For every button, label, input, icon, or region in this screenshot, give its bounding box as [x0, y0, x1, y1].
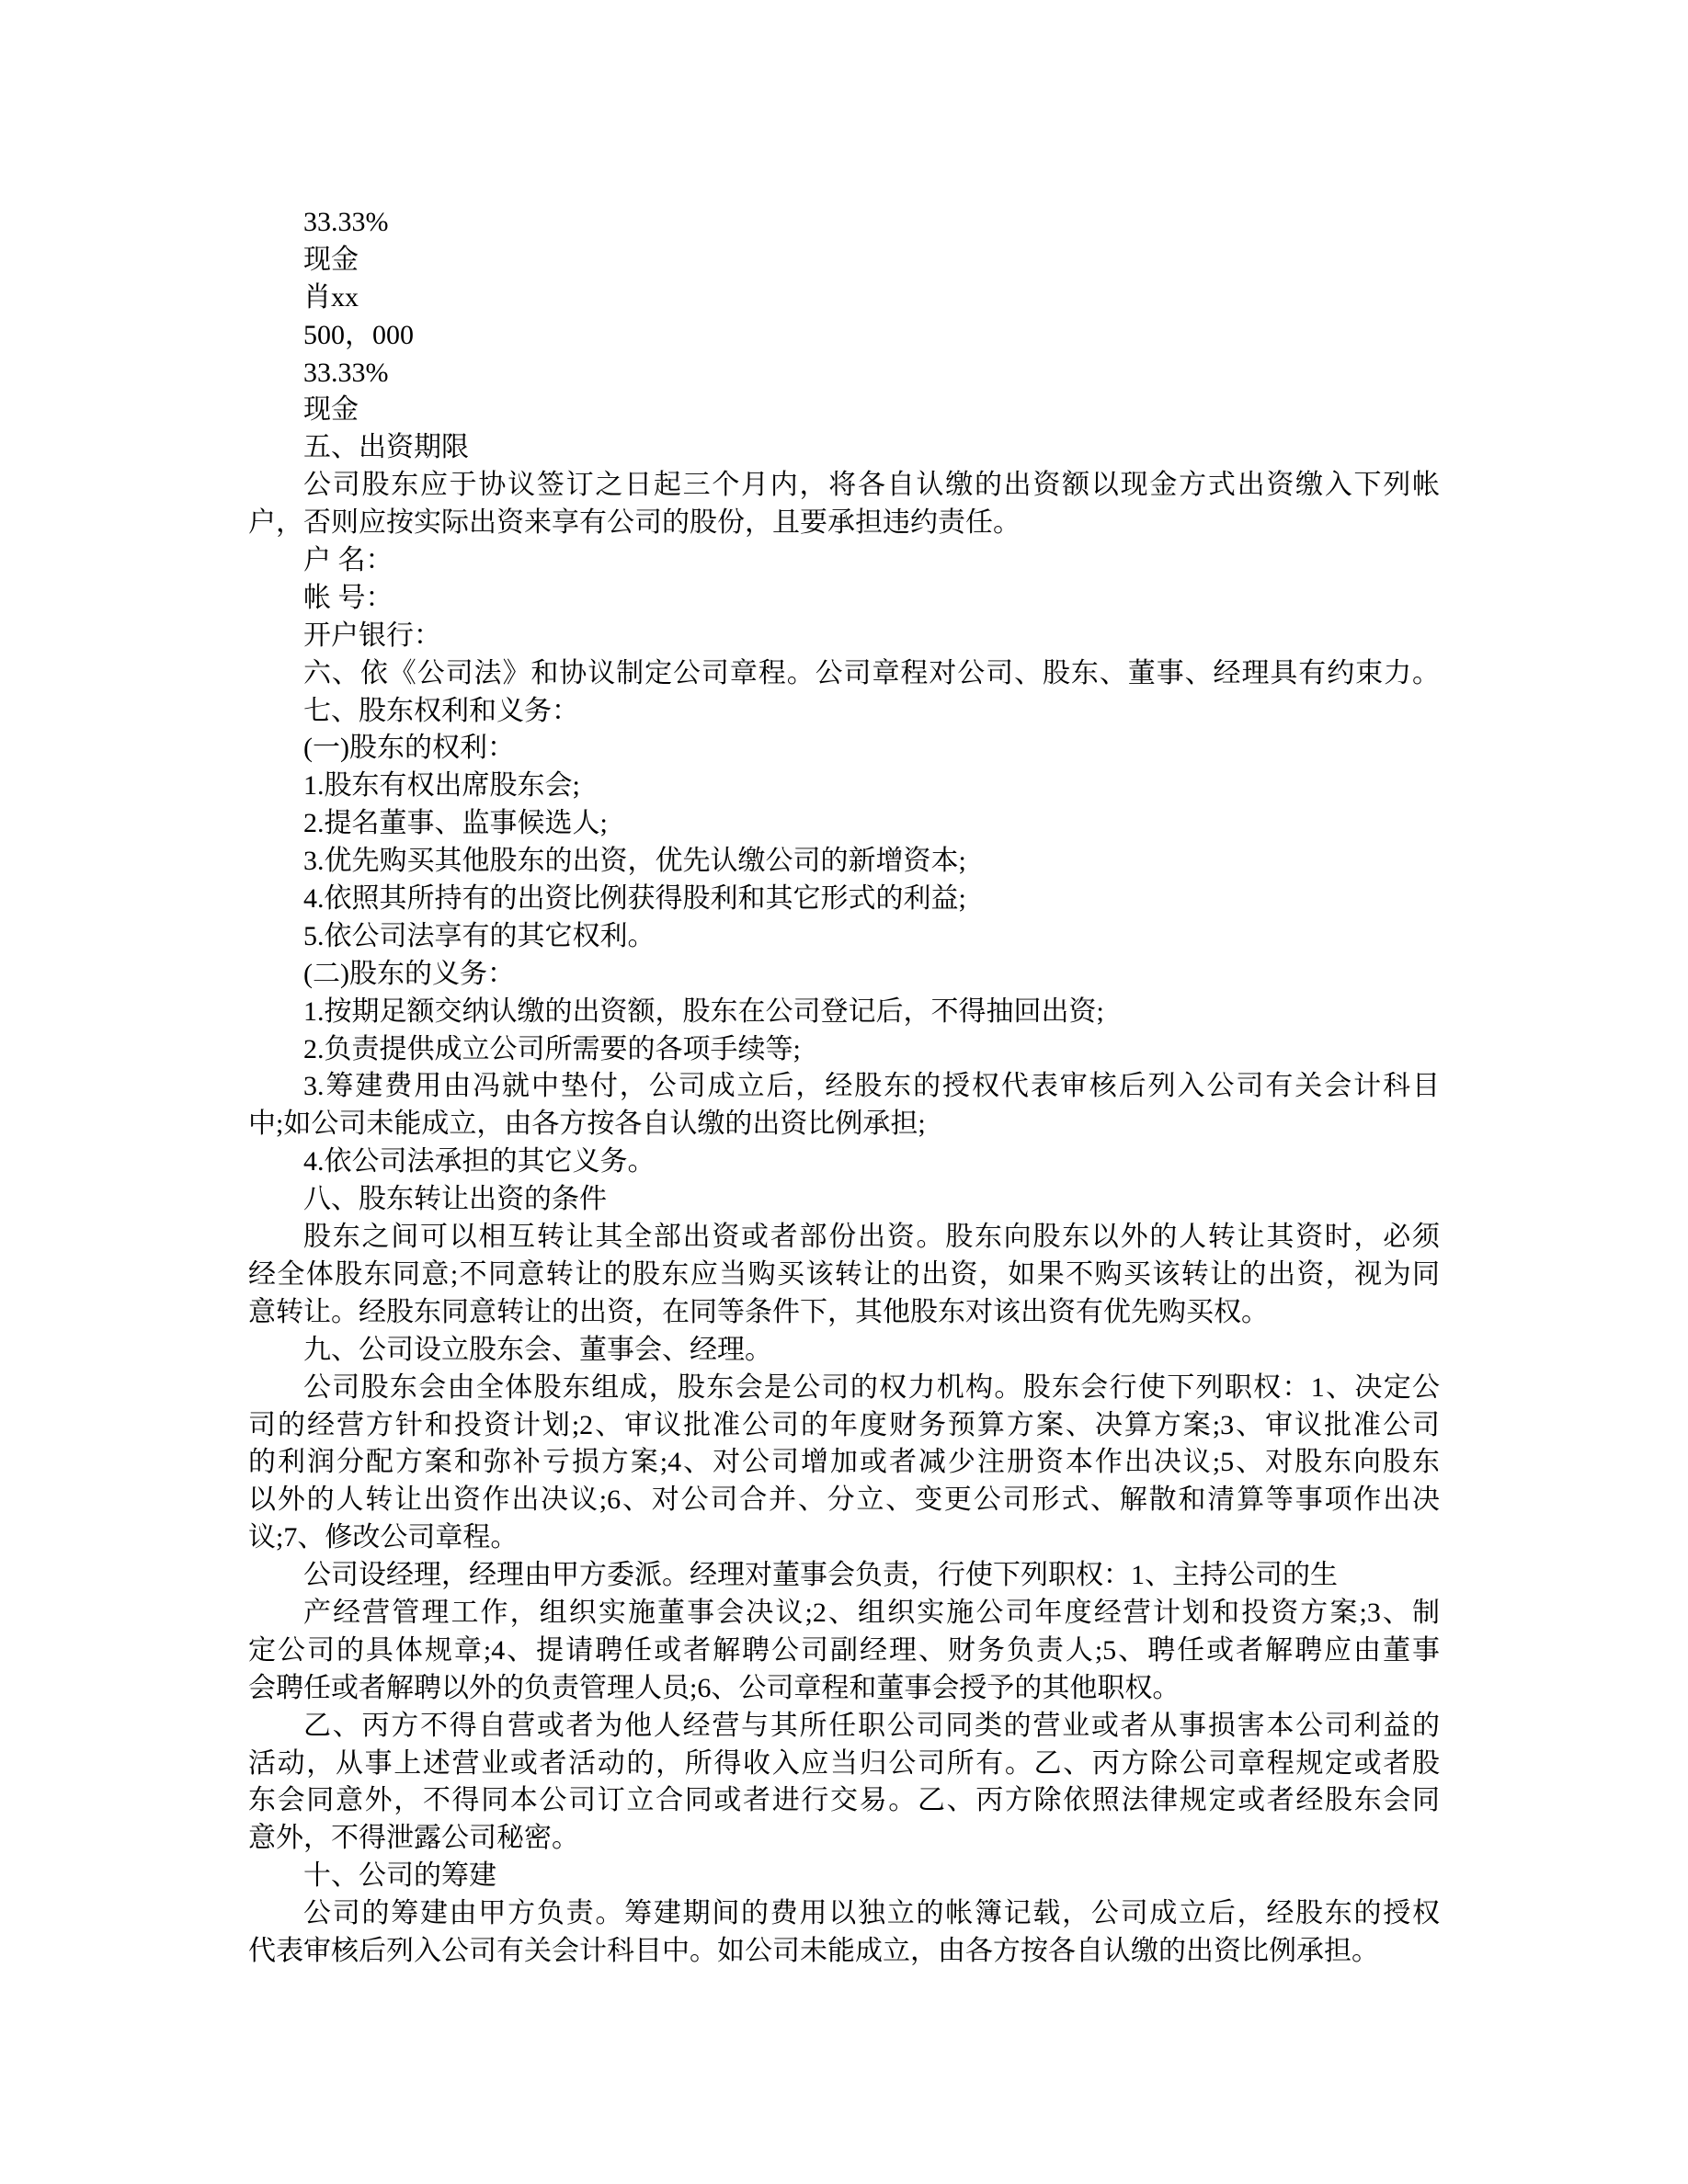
text-line: 意转让。经股东同意转让的出资，在同等条件下，其他股东对该出资有优先购买权。	[248, 1294, 1440, 1332]
text-line: 4.依公司法承担的其它义务。	[248, 1143, 1440, 1181]
text-line: 东会同意外，不得同本公司订立合同或者进行交易。乙、丙方除依照法律规定或者经股东会…	[248, 1782, 1440, 1820]
text-line: 公司设经理，经理由甲方委派。经理对董事会负责，行使下列职权：1、主持公司的生	[248, 1557, 1440, 1595]
text-line: 公司的筹建由甲方负责。筹建期间的费用以独立的帐簿记载，公司成立后，经股东的授权	[248, 1895, 1440, 1933]
text-line: 4.依照其所持有的出资比例获得股利和其它形式的利益;	[248, 881, 1440, 918]
text-line: 十、公司的筹建	[248, 1858, 1440, 1895]
text-line: 33.33%	[248, 355, 1440, 392]
text-line: 议;7、修改公司章程。	[248, 1519, 1440, 1557]
text-line: 代表审核后列入公司有关会计科目中。如公司未能成立，由各方按各自认缴的出资比例承担…	[248, 1933, 1440, 1971]
text-line: 2.提名董事、监事候选人;	[248, 805, 1440, 843]
text-line: 产经营管理工作，组织实施董事会决议;2、组织实施公司年度经营计划和投资方案;3、…	[248, 1595, 1440, 1632]
text-line: 司的经营方针和投资计划;2、审议批准公司的年度财务预算方案、决算方案;3、审议批…	[248, 1407, 1440, 1445]
text-line: (一)股东的权利：	[248, 730, 1440, 768]
text-line: 公司股东会由全体股东组成，股东会是公司的权力机构。股东会行使下列职权：1、决定公	[248, 1370, 1440, 1407]
text-line: 开户银行：	[248, 618, 1440, 655]
text-line: 500，000	[248, 317, 1440, 355]
document-page: 33.33%现金肖xx500，00033.33%现金五、出资期限公司股东应于协议…	[0, 0, 1688, 2184]
text-line: 5.依公司法享有的其它权利。	[248, 918, 1440, 956]
text-line: 六、依《公司法》和协议制定公司章程。公司章程对公司、股东、董事、经理具有约束力。	[248, 655, 1440, 693]
text-line: 的利润分配方案和弥补亏损方案;4、对公司增加或者减少注册资本作出决议;5、对股东…	[248, 1444, 1440, 1482]
text-line: 现金	[248, 242, 1440, 279]
text-line: 七、股东权利和义务：	[248, 693, 1440, 731]
document-body: 33.33%现金肖xx500，00033.33%现金五、出资期限公司股东应于协议…	[248, 204, 1440, 1971]
text-line: 定公司的具体规章;4、提请聘任或者解聘公司副经理、财务负责人;5、聘任或者解聘应…	[248, 1632, 1440, 1670]
text-line: 以外的人转让出资作出决议;6、对公司合并、分立、变更公司形式、解散和清算等事项作…	[248, 1482, 1440, 1519]
text-line: 经全体股东同意;不同意转让的股东应当购买该转让的出资，如果不购买该转让的出资，视…	[248, 1257, 1440, 1294]
text-line: 九、公司设立股东会、董事会、经理。	[248, 1332, 1440, 1370]
text-line: 五、出资期限	[248, 429, 1440, 467]
text-line: 会聘任或者解聘以外的负责管理人员;6、公司章程和董事会授予的其他职权。	[248, 1670, 1440, 1708]
text-line: 活动，从事上述营业或者活动的，所得收入应当归公司所有。乙、丙方除公司章程规定或者…	[248, 1746, 1440, 1783]
text-line: 现金	[248, 392, 1440, 429]
text-line: 肖xx	[248, 279, 1440, 317]
text-line: 3.筹建费用由冯就中垫付，公司成立后，经股东的授权代表审核后列入公司有关会计科目	[248, 1068, 1440, 1106]
text-line: 1.按期足额交纳认缴的出资额，股东在公司登记后，不得抽回出资;	[248, 994, 1440, 1031]
text-line: 户 名：	[248, 542, 1440, 580]
text-line: 1.股东有权出席股东会;	[248, 768, 1440, 805]
text-line: 公司股东应于协议签订之日起三个月内，将各自认缴的出资额以现金方式出资缴入下列帐	[248, 467, 1440, 505]
text-line: 3.优先购买其他股东的出资，优先认缴公司的新增资本;	[248, 843, 1440, 881]
text-line: 八、股东转让出资的条件	[248, 1181, 1440, 1219]
text-line: 乙、丙方不得自营或者为他人经营与其所任职公司同类的营业或者从事损害本公司利益的	[248, 1708, 1440, 1746]
text-line: 户，否则应按实际出资来享有公司的股份，且要承担违约责任。	[248, 505, 1440, 542]
text-line: 股东之间可以相互转让其全部出资或者部份出资。股东向股东以外的人转让其资时，必须	[248, 1219, 1440, 1257]
text-line: (二)股东的义务：	[248, 956, 1440, 994]
text-line: 33.33%	[248, 204, 1440, 242]
text-line: 帐 号：	[248, 580, 1440, 618]
text-line: 意外，不得泄露公司秘密。	[248, 1820, 1440, 1858]
text-line: 2.负责提供成立公司所需要的各项手续等;	[248, 1031, 1440, 1069]
text-line: 中;如公司未能成立，由各方按各自认缴的出资比例承担;	[248, 1106, 1440, 1143]
